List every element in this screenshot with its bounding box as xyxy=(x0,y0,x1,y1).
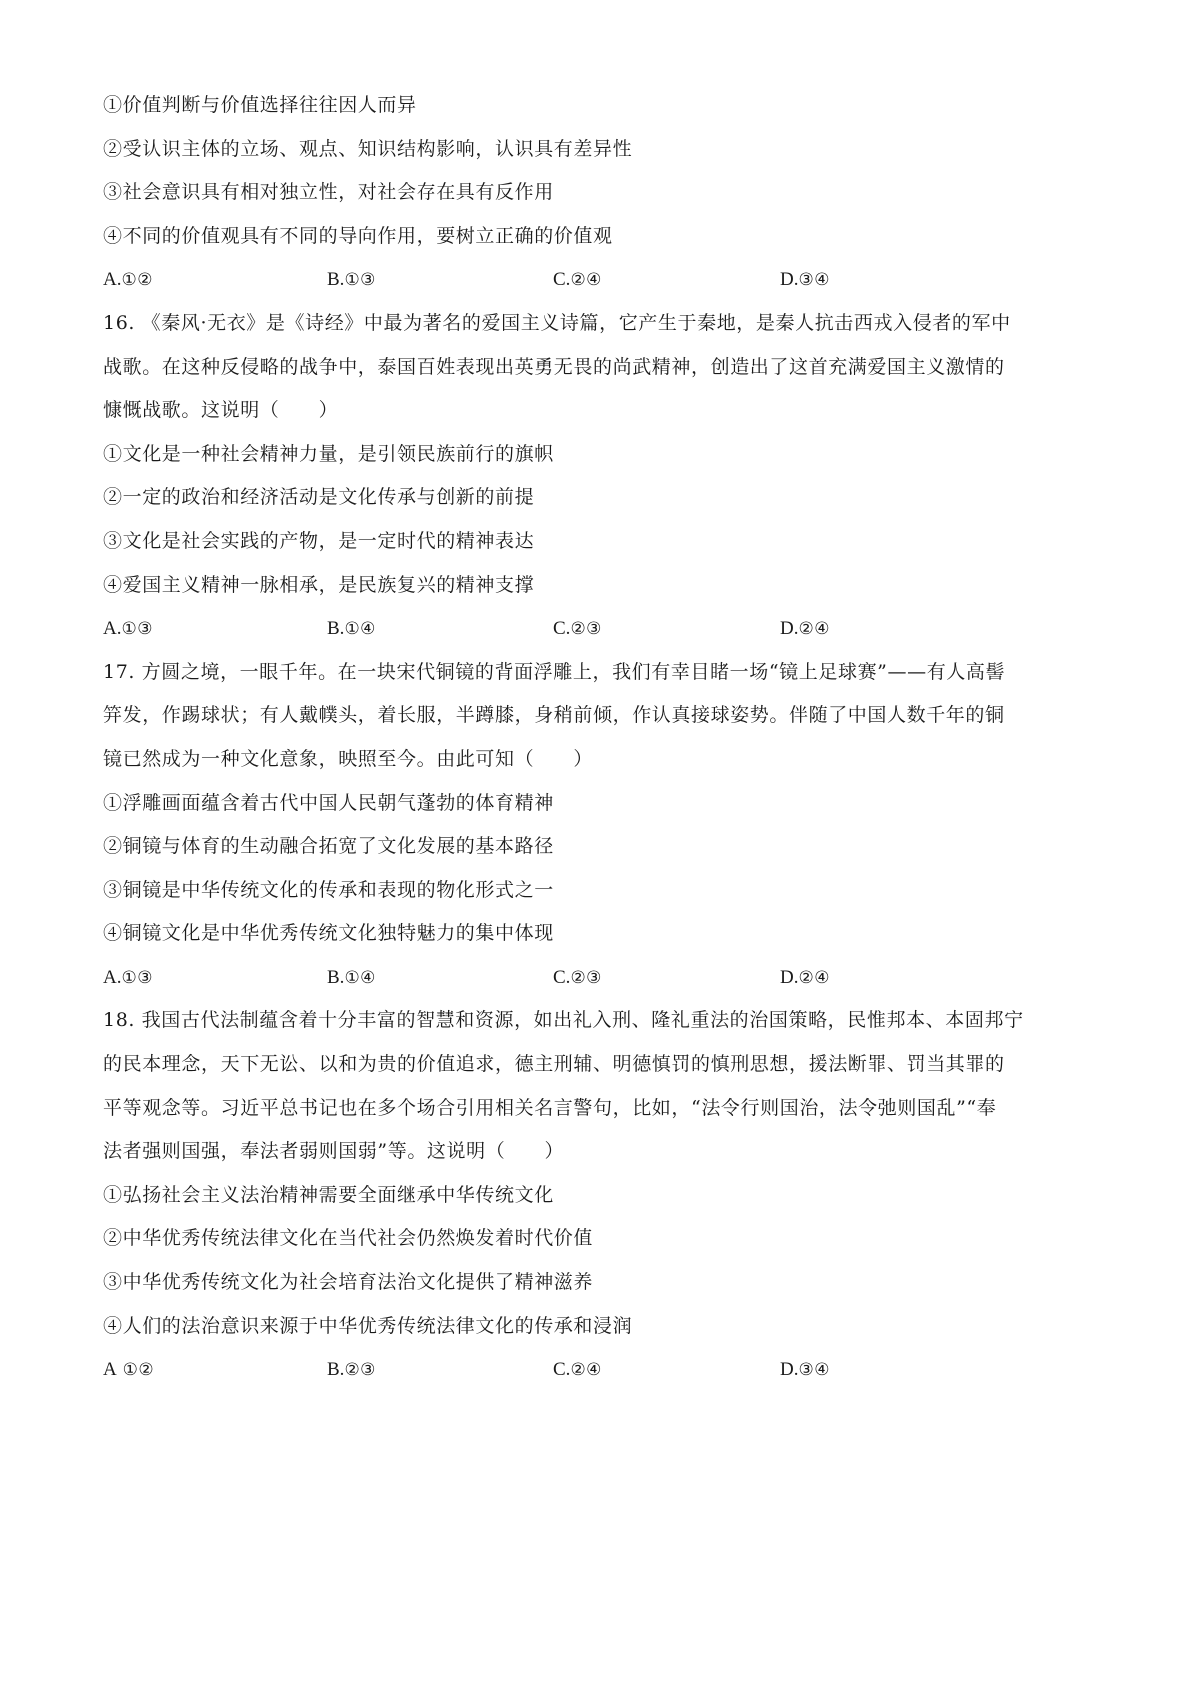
question-stem-line-3: 镜已然成为一种文化意象，映照至今。由此可知（ ） xyxy=(103,738,1093,782)
option-d[interactable]: D.③④ xyxy=(780,1348,830,1393)
option-c[interactable]: C.②③ xyxy=(553,956,602,1001)
option-a[interactable]: A.①② xyxy=(103,258,153,303)
question-number: 18. xyxy=(103,1009,135,1031)
option-b[interactable]: B.①③ xyxy=(327,258,376,303)
option-c[interactable]: C.②④ xyxy=(553,258,602,303)
option-b[interactable]: B.①④ xyxy=(327,956,376,1001)
option-a[interactable]: A.①③ xyxy=(103,956,153,1001)
statement-3: ③中华优秀传统文化为社会培育法治文化提供了精神滋养 xyxy=(103,1261,1093,1305)
statement-1: ①文化是一种社会精神力量，是引领民族前行的旗帜 xyxy=(103,433,1093,477)
answer-options: A ①② B.②③ C.②④ D.③④ xyxy=(103,1348,1093,1392)
question-stem-line-3: 平等观念等。习近平总书记也在多个场合引用相关名言警句，比如，“法令行则国治，法令… xyxy=(103,1087,1093,1131)
question-stem-line-2: 的民本理念，天下无讼、以和为贵的价值追求，德主刑辅、明德慎罚的慎刑思想，援法断罪… xyxy=(103,1043,1093,1087)
question-stem-line-4: 法者强则国强，奉法者弱则国弱”等。这说明（ ） xyxy=(103,1130,1093,1174)
statement-4: ④铜镜文化是中华优秀传统文化独特魅力的集中体现 xyxy=(103,912,1093,956)
statement-2: ②一定的政治和经济活动是文化传承与创新的前提 xyxy=(103,476,1093,520)
statement-1: ①浮雕画面蕴含着古代中国人民朝气蓬勃的体育精神 xyxy=(103,782,1093,826)
statement-3: ③文化是社会实践的产物，是一定时代的精神表达 xyxy=(103,520,1093,564)
statement-2: ②受认识主体的立场、观点、知识结构影响，认识具有差异性 xyxy=(103,128,1093,172)
question-stem-line-1: 17. 方圆之境，一眼千年。在一块宋代铜镜的背面浮雕上，我们有幸目睹一场“镜上足… xyxy=(103,651,1093,695)
question-stem-line-2: 笄发，作踢球状；有人戴幞头，着长服，半蹲膝，身稍前倾，作认真接球姿势。伴随了中国… xyxy=(103,694,1093,738)
option-b[interactable]: B.②③ xyxy=(327,1348,376,1393)
question-stem-line-1: 18. 我国古代法制蕴含着十分丰富的智慧和资源，如出礼入刑、隆礼重法的治国策略，… xyxy=(103,999,1093,1043)
statement-3: ③社会意识具有相对独立性，对社会存在具有反作用 xyxy=(103,171,1093,215)
question-stem-line-3: 慷慨战歌。这说明（ ） xyxy=(103,389,1093,433)
option-b[interactable]: B.①④ xyxy=(327,607,376,652)
answer-options: A.①③ B.①④ C.②③ D.②④ xyxy=(103,956,1093,1000)
option-c[interactable]: C.②④ xyxy=(553,1348,602,1393)
question-16: 16. 《秦风·无衣》是《诗经》中最为著名的爱国主义诗篇，它产生于秦地，是秦人抗… xyxy=(103,302,1093,651)
question-17: 17. 方圆之境，一眼千年。在一块宋代铜镜的背面浮雕上，我们有幸目睹一场“镜上足… xyxy=(103,651,1093,1000)
question-number: 17. xyxy=(103,661,135,683)
question-stem-line-1: 16. 《秦风·无衣》是《诗经》中最为著名的爱国主义诗篇，它产生于秦地，是秦人抗… xyxy=(103,302,1093,346)
statement-4: ④爱国主义精神一脉相承，是民族复兴的精神支撑 xyxy=(103,564,1093,608)
option-a[interactable]: A.①③ xyxy=(103,607,153,652)
statement-4: ④不同的价值观具有不同的导向作用，要树立正确的价值观 xyxy=(103,215,1093,259)
statement-1: ①弘扬社会主义法治精神需要全面继承中华传统文化 xyxy=(103,1174,1093,1218)
statement-4: ④人们的法治意识来源于中华优秀传统法律文化的传承和浸润 xyxy=(103,1305,1093,1349)
option-c[interactable]: C.②③ xyxy=(553,607,602,652)
option-d[interactable]: D.②④ xyxy=(780,956,830,1001)
question-number: 16. xyxy=(103,312,135,334)
statement-2: ②铜镜与体育的生动融合拓宽了文化发展的基本路径 xyxy=(103,825,1093,869)
option-a[interactable]: A ①② xyxy=(103,1348,154,1393)
answer-options: A.①③ B.①④ C.②③ D.②④ xyxy=(103,607,1093,651)
statement-3: ③铜镜是中华传统文化的传承和表现的物化形式之一 xyxy=(103,869,1093,913)
question-15-continued: ①价值判断与价值选择往往因人而异 ②受认识主体的立场、观点、知识结构影响，认识具… xyxy=(103,84,1093,302)
statement-1: ①价值判断与价值选择往往因人而异 xyxy=(103,84,1093,128)
question-stem-line-2: 战歌。在这种反侵略的战争中，泰国百姓表现出英勇无畏的尚武精神，创造出了这首充满爱… xyxy=(103,346,1093,390)
answer-options: A.①② B.①③ C.②④ D.③④ xyxy=(103,258,1093,302)
option-d[interactable]: D.②④ xyxy=(780,607,830,652)
option-d[interactable]: D.③④ xyxy=(780,258,830,303)
exam-page: ①价值判断与价值选择往往因人而异 ②受认识主体的立场、观点、知识结构影响，认识具… xyxy=(103,84,1093,1392)
question-18: 18. 我国古代法制蕴含着十分丰富的智慧和资源，如出礼入刑、隆礼重法的治国策略，… xyxy=(103,999,1093,1391)
statement-2: ②中华优秀传统法律文化在当代社会仍然焕发着时代价值 xyxy=(103,1217,1093,1261)
